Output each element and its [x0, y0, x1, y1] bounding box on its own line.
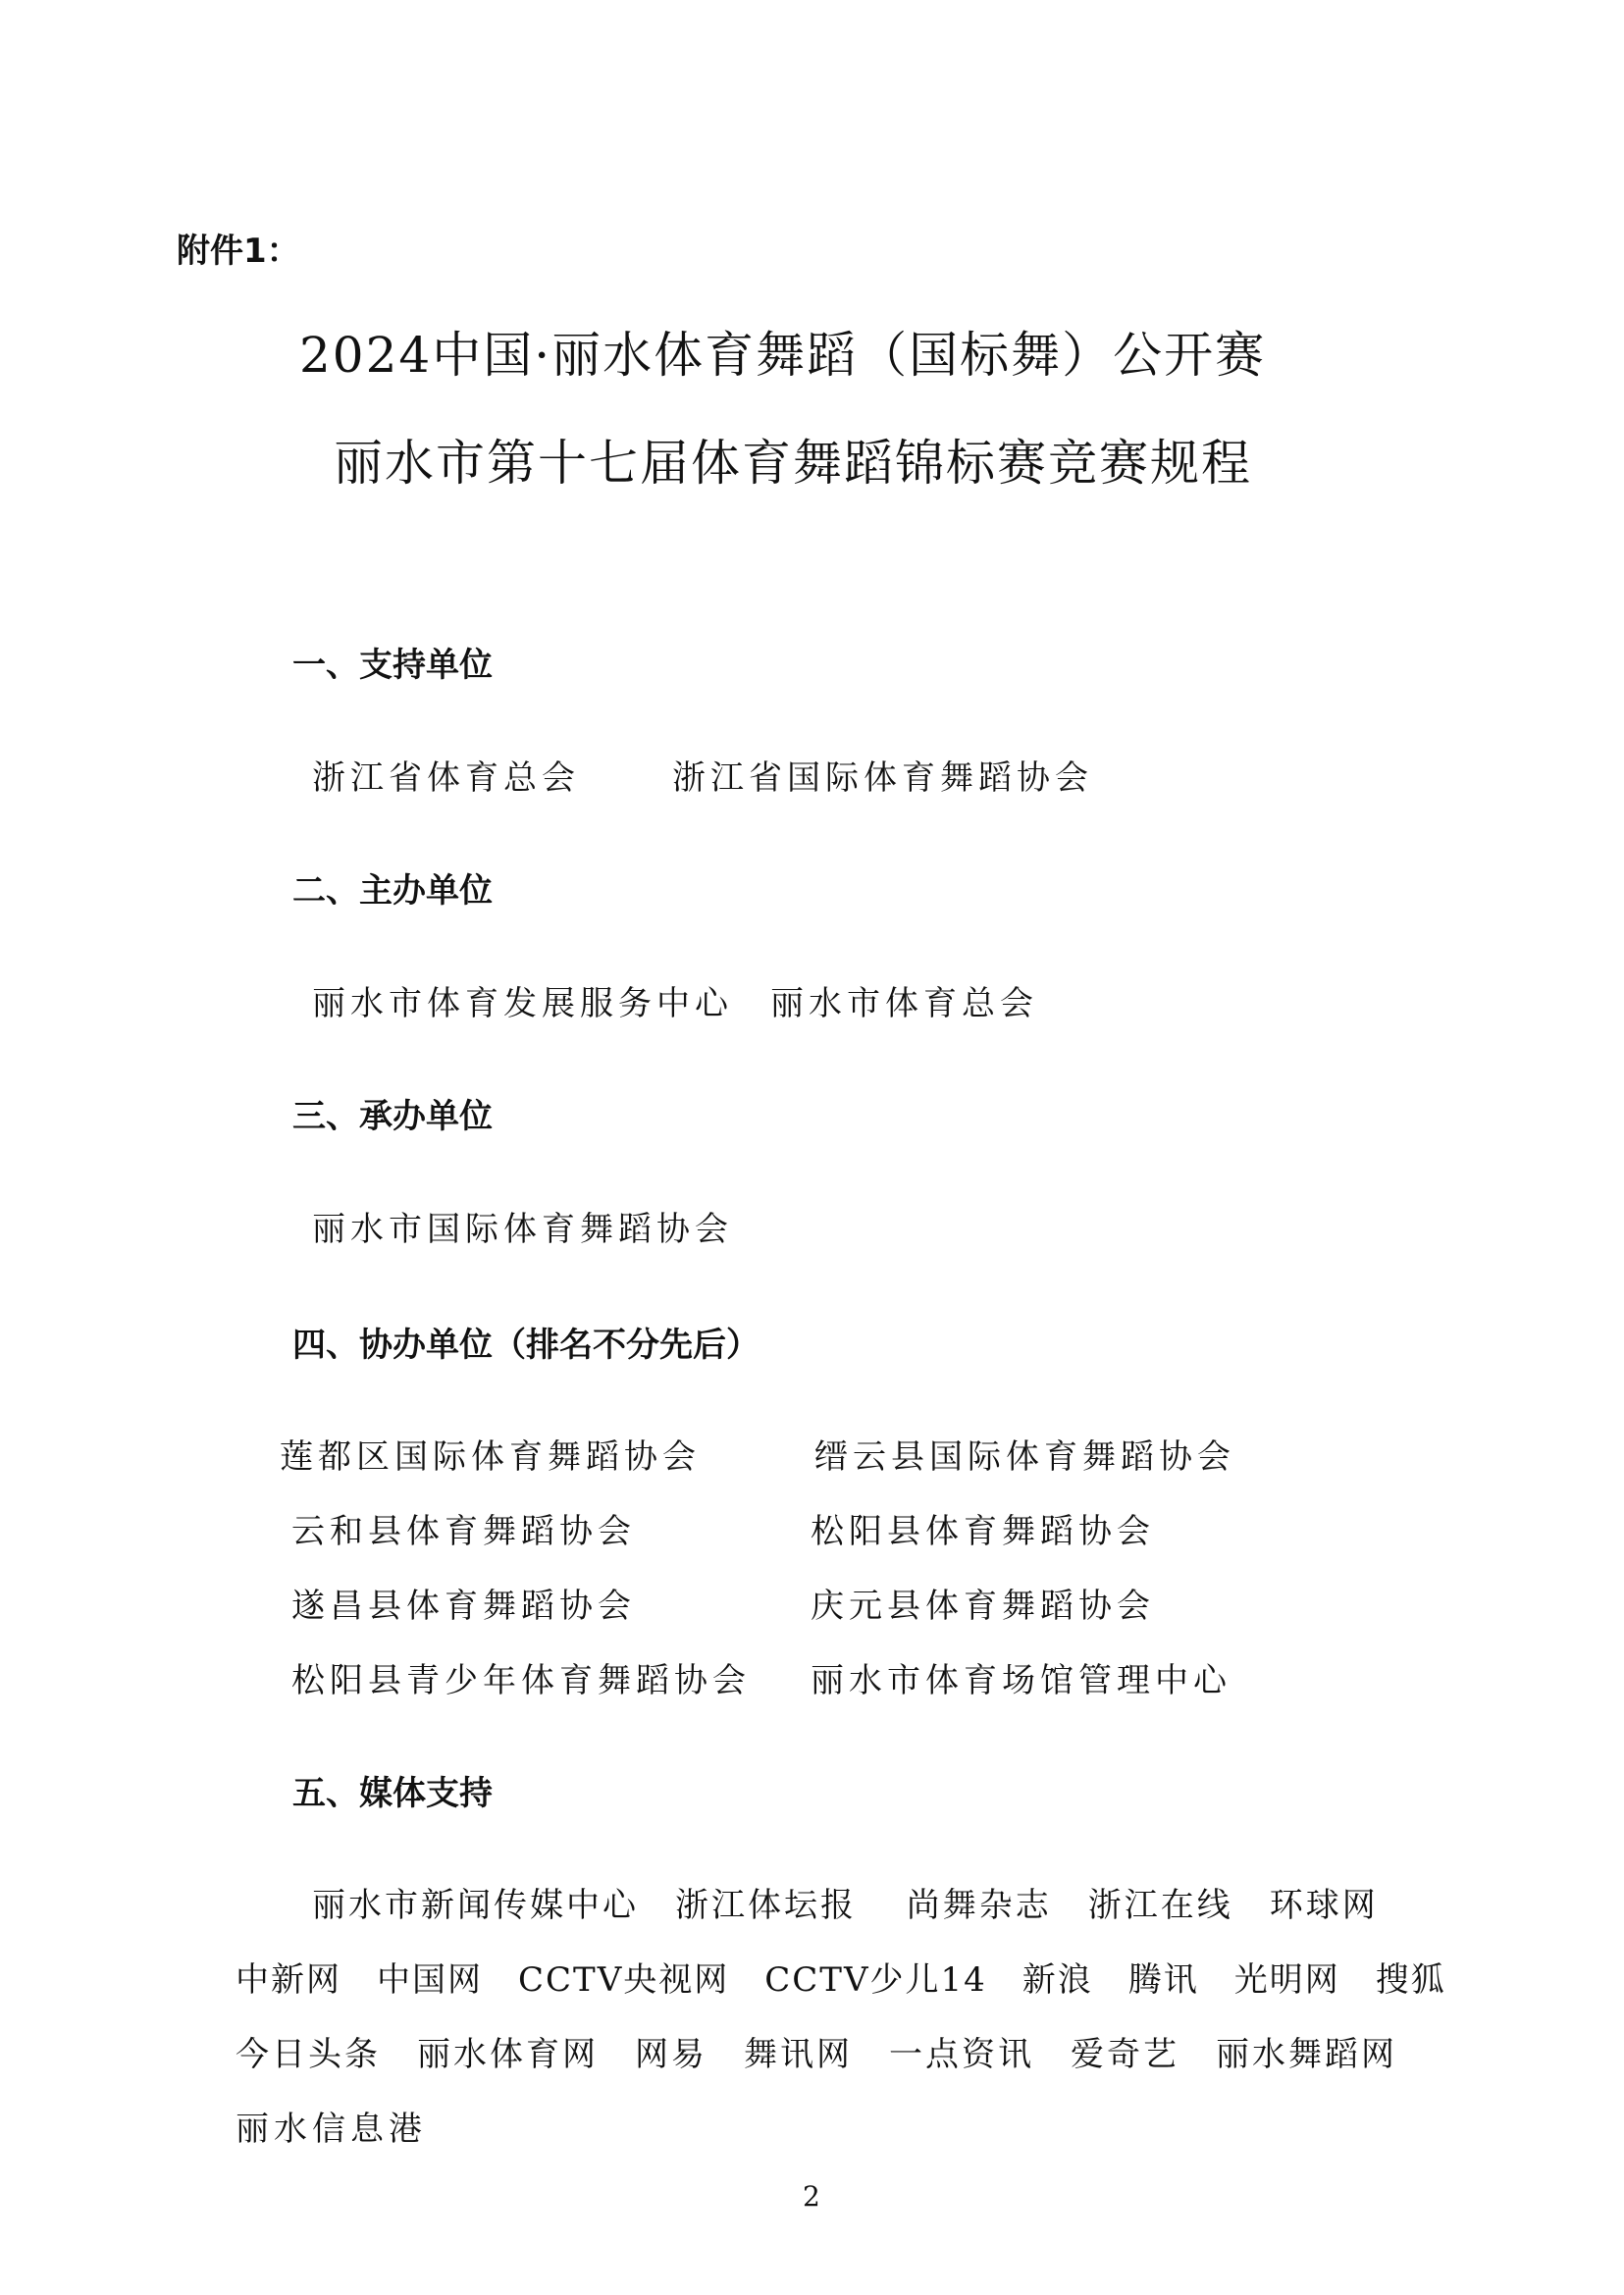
media-line-1: 丽水市新闻传媒中心 浙江体坛报 尚舞杂志 浙江在线 环球网: [312, 1878, 1379, 1926]
co-org: 遂昌县体育舞蹈协会: [291, 1579, 636, 1627]
section-heading-support: 一、支持单位: [292, 638, 493, 686]
page-number: 2: [803, 2180, 820, 2213]
co-org: 云和县体育舞蹈协会: [291, 1504, 636, 1552]
organizer-org-1: 丽水市国际体育舞蹈协会: [312, 1202, 733, 1250]
section-heading-host: 二、主办单位: [292, 863, 493, 912]
co-org: 庆元县体育舞蹈协会: [811, 1579, 1155, 1627]
attachment-label: 附件1：: [177, 224, 300, 272]
media-line-4: 丽水信息港: [236, 2102, 427, 2150]
media-line-3: 今日头条 丽水体育网 网易 舞讯网 一点资讯 爱奇艺 丽水舞蹈网: [236, 2027, 1397, 2075]
host-org-2: 丽水市体育总会: [770, 976, 1038, 1024]
media-line-2: 中新网 中国网 CCTV央视网 CCTV少儿14 新浪 腾讯 光明网 搜狐: [236, 1953, 1446, 2001]
support-org-2: 浙江省国际体育舞蹈协会: [672, 751, 1093, 799]
support-org-1: 浙江省体育总会: [312, 751, 580, 799]
section-heading-organizer: 三、承办单位: [292, 1089, 493, 1137]
co-org: 莲都区国际体育舞蹈协会: [280, 1430, 701, 1478]
co-org: 丽水市体育场馆管理中心: [811, 1653, 1231, 1701]
co-org: 松阳县青少年体育舞蹈协会: [291, 1653, 751, 1701]
co-org: 缙云县国际体育舞蹈协会: [814, 1430, 1235, 1478]
title-line-2: 丽水市第十七届体育舞蹈锦标赛竞赛规程: [334, 424, 1252, 495]
section-heading-co-organizer: 四、协办单位（排名不分先后）: [292, 1318, 760, 1366]
co-org: 松阳县体育舞蹈协会: [811, 1504, 1155, 1552]
host-org-1: 丽水市体育发展服务中心: [312, 976, 733, 1024]
title-line-1: 2024中国·丽水体育舞蹈（国标舞）公开赛: [299, 316, 1266, 387]
section-heading-media: 五、媒体支持: [292, 1766, 493, 1814]
